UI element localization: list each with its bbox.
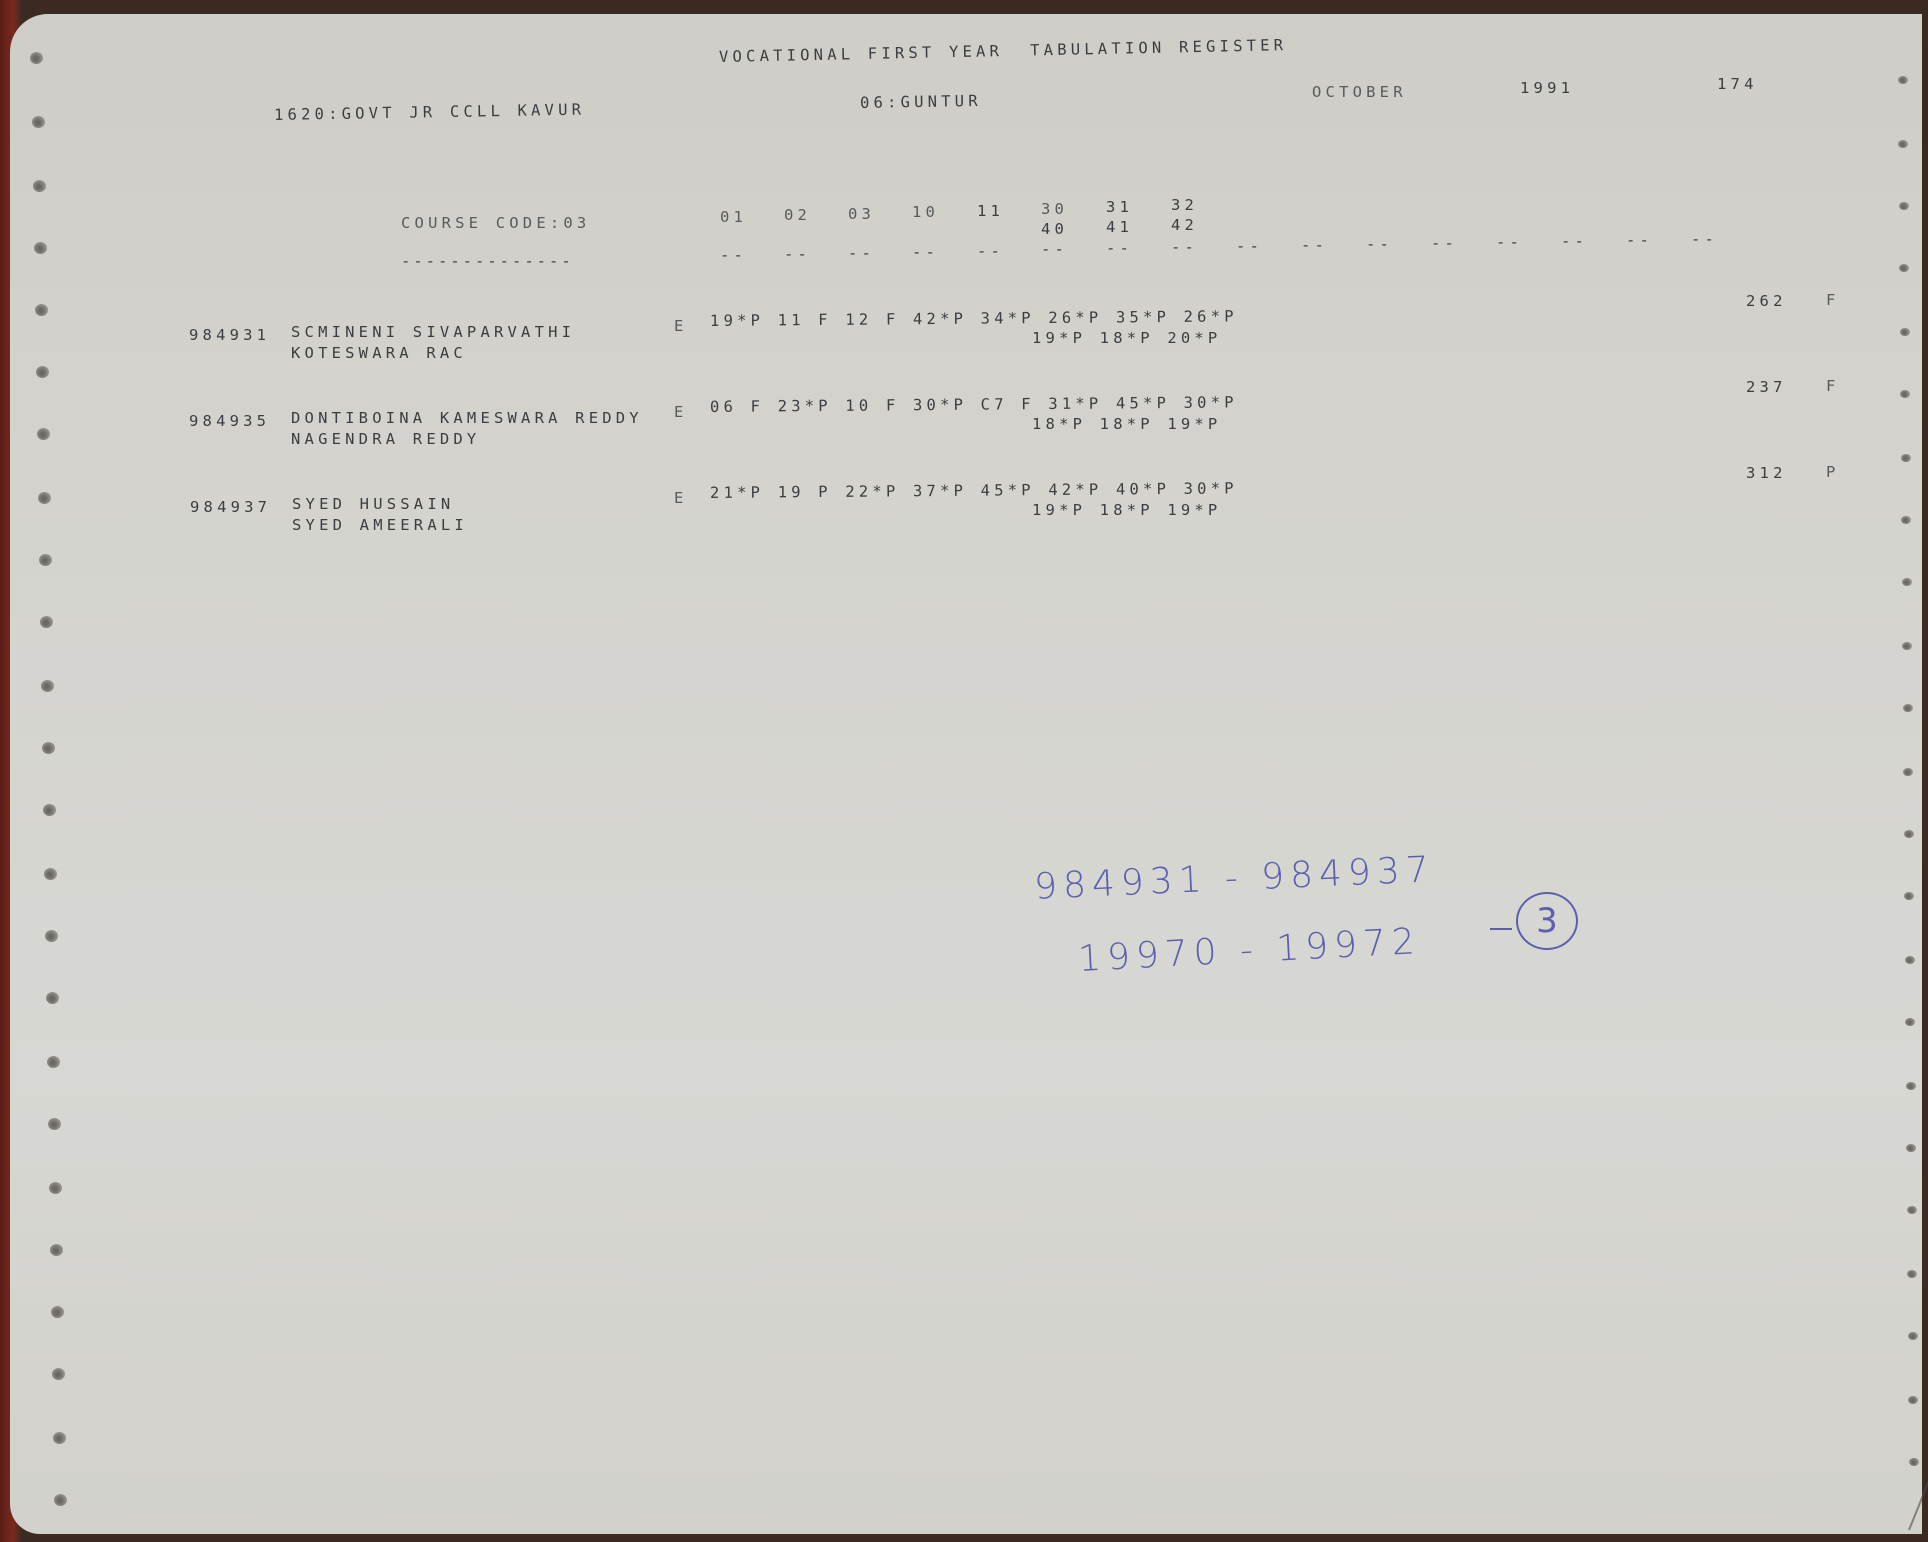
result: F [1826,291,1840,309]
page-number: 174 [1717,75,1758,93]
sprocket-hole [1908,1396,1918,1404]
subject-column-header: 41 [1106,218,1133,236]
column-separator: -- [1106,239,1133,257]
sprocket-hole [54,1494,67,1506]
column-separator: -- [1431,234,1458,252]
sprocket-hole [34,242,47,254]
roll-number: 984931 [189,326,270,344]
subject-column-header: 03 [848,205,875,223]
sprocket-hole [1900,390,1910,398]
sprocket-hole [46,992,59,1004]
sprocket-hole [44,868,57,880]
sprocket-hole [43,804,56,816]
sprocket-hole [45,930,58,942]
sprocket-hole [41,680,54,692]
sprocket-hole [1907,1270,1917,1278]
column-separator: -- [1561,232,1588,250]
sprocket-hole [1904,830,1914,838]
total-marks: 237 [1746,378,1787,396]
column-separator: -- [1496,233,1523,251]
subject-column-header: 31 [1106,198,1133,216]
total-marks: 262 [1746,292,1787,310]
subject-column-header: 40 [1041,220,1068,238]
sprocket-hole [39,554,52,566]
column-separator: -- [1171,238,1198,256]
sprocket-hole [1902,642,1912,650]
sprocket-hole [36,366,49,378]
column-separator: -- [1366,235,1393,253]
sprocket-hole [1898,76,1908,84]
father-name: NAGENDRA REDDY [291,430,480,448]
sprocket-hole [1899,264,1909,272]
course-underline: -------------- [401,252,574,270]
sprocket-hole [1899,202,1909,210]
result: P [1826,463,1840,481]
sprocket-hole [1900,328,1910,336]
marks-line-2: 19*P 18*P 20*P [1032,329,1221,347]
father-name: SYED AMEERALI [292,516,468,534]
handwritten-dash [1490,928,1512,930]
sprocket-hole [1906,1144,1916,1152]
marks-line-2: 18*P 18*P 19*P [1032,415,1221,433]
subject-column-header: 02 [784,206,811,224]
sprocket-hole [1903,704,1913,712]
exam-year: 1991 [1520,79,1574,97]
roll-number: 984937 [190,498,271,516]
column-separator: -- [720,246,747,264]
subject-column-header: 10 [912,203,939,221]
student-name: SYED HUSSAIN [292,495,454,513]
sprocket-hole [48,1118,61,1130]
sprocket-hole [1905,956,1915,964]
sprocket-hole [1903,768,1913,776]
medium: E [674,489,688,507]
sprocket-hole [35,304,48,316]
result: F [1826,377,1840,395]
sprocket-hole [38,492,51,504]
total-marks: 312 [1746,464,1787,482]
column-separator: -- [1691,230,1718,248]
sprocket-hole [30,52,43,64]
sprocket-hole [42,742,55,754]
sprocket-hole [1904,892,1914,900]
sprocket-hole [51,1306,64,1318]
student-name: SCMINENI SIVAPARVATHI [291,323,575,341]
column-separator: -- [1301,236,1328,254]
subject-column-header: 30 [1041,200,1068,218]
sprocket-hole [33,180,46,192]
column-separator: -- [784,245,811,263]
medium: E [674,403,688,421]
subject-column-header: 01 [720,208,747,226]
marks-line-2: 19*P 18*P 19*P [1032,501,1221,519]
sprocket-hole [37,428,50,440]
sprocket-hole [53,1432,66,1444]
medium: E [674,317,688,335]
sprocket-hole [1902,578,1912,586]
sprocket-hole [49,1182,62,1194]
roll-number: 984935 [189,412,270,430]
sprocket-hole [1909,1458,1919,1466]
subject-column-header: 42 [1171,216,1198,234]
sprocket-hole [1907,1206,1917,1214]
sprocket-hole [1908,1332,1918,1340]
column-separator: -- [977,242,1004,260]
sprocket-hole [1905,1018,1915,1026]
father-name: KOTESWARA RAC [291,344,467,362]
column-separator: -- [1236,237,1263,255]
subject-column-header: 32 [1171,196,1198,214]
column-separator: -- [912,243,939,261]
sprocket-hole [1901,516,1911,524]
sprocket-hole [47,1056,60,1068]
column-separator: -- [1041,240,1068,258]
subject-column-header: 11 [977,202,1004,220]
sprocket-hole [1906,1082,1916,1090]
sprocket-hole [32,116,45,128]
exam-month: OCTOBER [1312,83,1407,101]
district: 06:GUNTUR [860,92,982,112]
sprocket-hole [50,1244,63,1256]
sprocket-hole [52,1368,65,1380]
sprocket-hole [1898,140,1908,148]
course-code: COURSE CODE:03 [401,214,590,232]
student-name: DONTIBOINA KAMESWARA REDDY [291,409,643,427]
column-separator: -- [1626,231,1653,249]
handwritten-count-circle: 3 [1516,892,1578,950]
sprocket-hole [1901,454,1911,462]
column-separator: -- [848,244,875,262]
sprocket-hole [40,616,53,628]
